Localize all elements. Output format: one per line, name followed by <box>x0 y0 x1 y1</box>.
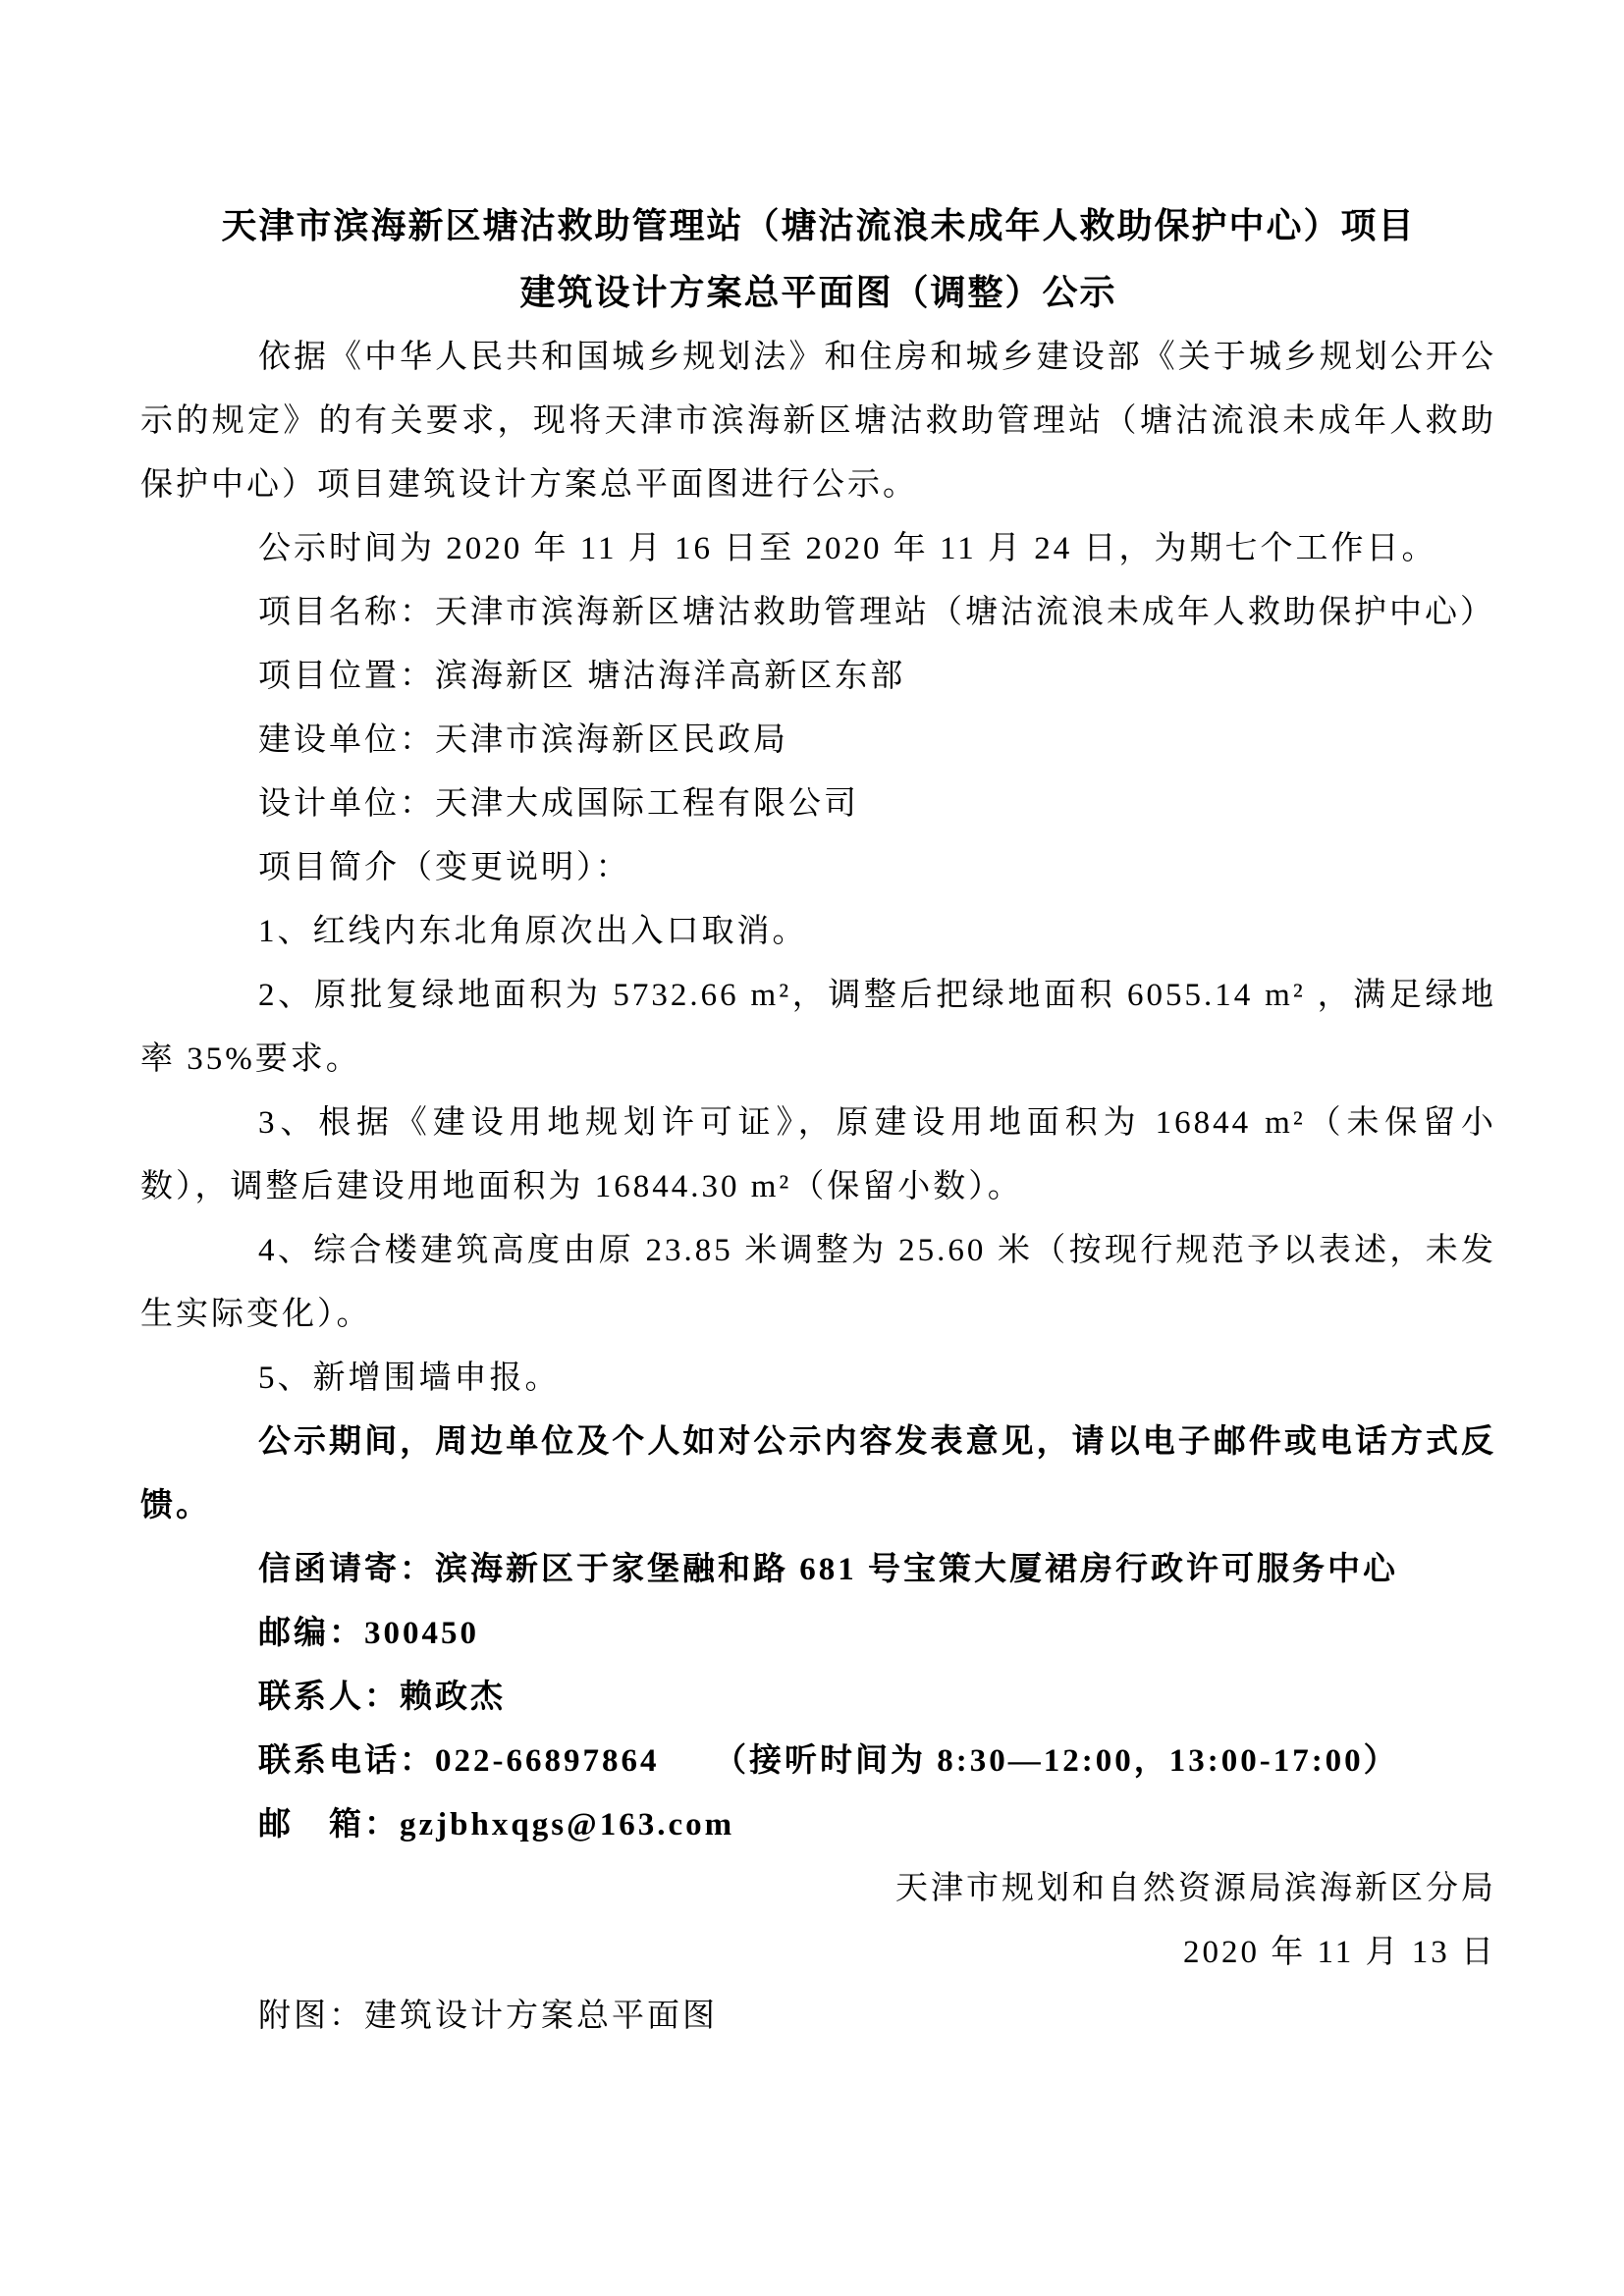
field-project-location: 项目位置：滨海新区 塘沽海洋高新区东部 <box>140 645 1496 709</box>
signature-date: 2020 年 11 月 13 日 <box>140 1921 1496 1985</box>
change-item-2: 2、原批复绿地面积为 5732.66 m²，调整后把绿地面积 6055.14 m… <box>140 964 1496 1092</box>
document-title: 天津市滨海新区塘沽救助管理站（塘沽流浪未成年人救助保护中心）项目 建筑设计方案总… <box>140 192 1496 326</box>
intro-paragraph: 依据《中华人民共和国城乡规划法》和住房和城乡建设部《关于城乡规划公开公示的规定》… <box>140 326 1496 517</box>
feedback-postal-code: 邮编：300450 <box>140 1602 1496 1666</box>
signature-organization: 天津市规划和自然资源局滨海新区分局 <box>140 1857 1496 1921</box>
change-item-5: 5、新增围墙申报。 <box>140 1347 1496 1411</box>
field-project-name: 项目名称：天津市滨海新区塘沽救助管理站（塘沽流浪未成年人救助保护中心） <box>140 581 1496 645</box>
attachment-note: 附图：建筑设计方案总平面图 <box>140 1985 1496 2049</box>
change-item-3: 3、根据《建设用地规划许可证》，原建设用地面积为 16844 m²（未保留小数）… <box>140 1092 1496 1219</box>
document-title-line-1: 天津市滨海新区塘沽救助管理站（塘沽流浪未成年人救助保护中心）项目 <box>140 192 1496 259</box>
feedback-contact-phone: 联系电话：022-66897864 （接听时间为 8:30—12:00，13:0… <box>140 1730 1496 1793</box>
document-body: 依据《中华人民共和国城乡规划法》和住房和城乡建设部《关于城乡规划公开公示的规定》… <box>140 326 1496 2049</box>
brief-heading: 项目简介（变更说明）： <box>140 836 1496 900</box>
feedback-contact-person: 联系人：赖政杰 <box>140 1666 1496 1730</box>
field-construction-unit: 建设单位：天津市滨海新区民政局 <box>140 709 1496 773</box>
feedback-notice: 公示期间，周边单位及个人如对公示内容发表意见，请以电子邮件或电话方式反馈。 <box>140 1411 1496 1538</box>
document-page: 天津市滨海新区塘沽救助管理站（塘沽流浪未成年人救助保护中心）项目 建筑设计方案总… <box>0 0 1624 2296</box>
feedback-mail-address: 信函请寄：滨海新区于家堡融和路 681 号宝策大厦裙房行政许可服务中心 <box>140 1538 1496 1602</box>
feedback-email: 邮 箱：gzjbhxqgs@163.com <box>140 1793 1496 1857</box>
publicity-period: 公示时间为 2020 年 11 月 16 日至 2020 年 11 月 24 日… <box>140 517 1496 581</box>
field-design-unit: 设计单位：天津大成国际工程有限公司 <box>140 773 1496 836</box>
change-item-1: 1、红线内东北角原次出入口取消。 <box>140 900 1496 964</box>
change-item-4: 4、综合楼建筑高度由原 23.85 米调整为 25.60 米（按现行规范予以表述… <box>140 1219 1496 1347</box>
document-title-line-2: 建筑设计方案总平面图（调整）公示 <box>140 259 1496 326</box>
